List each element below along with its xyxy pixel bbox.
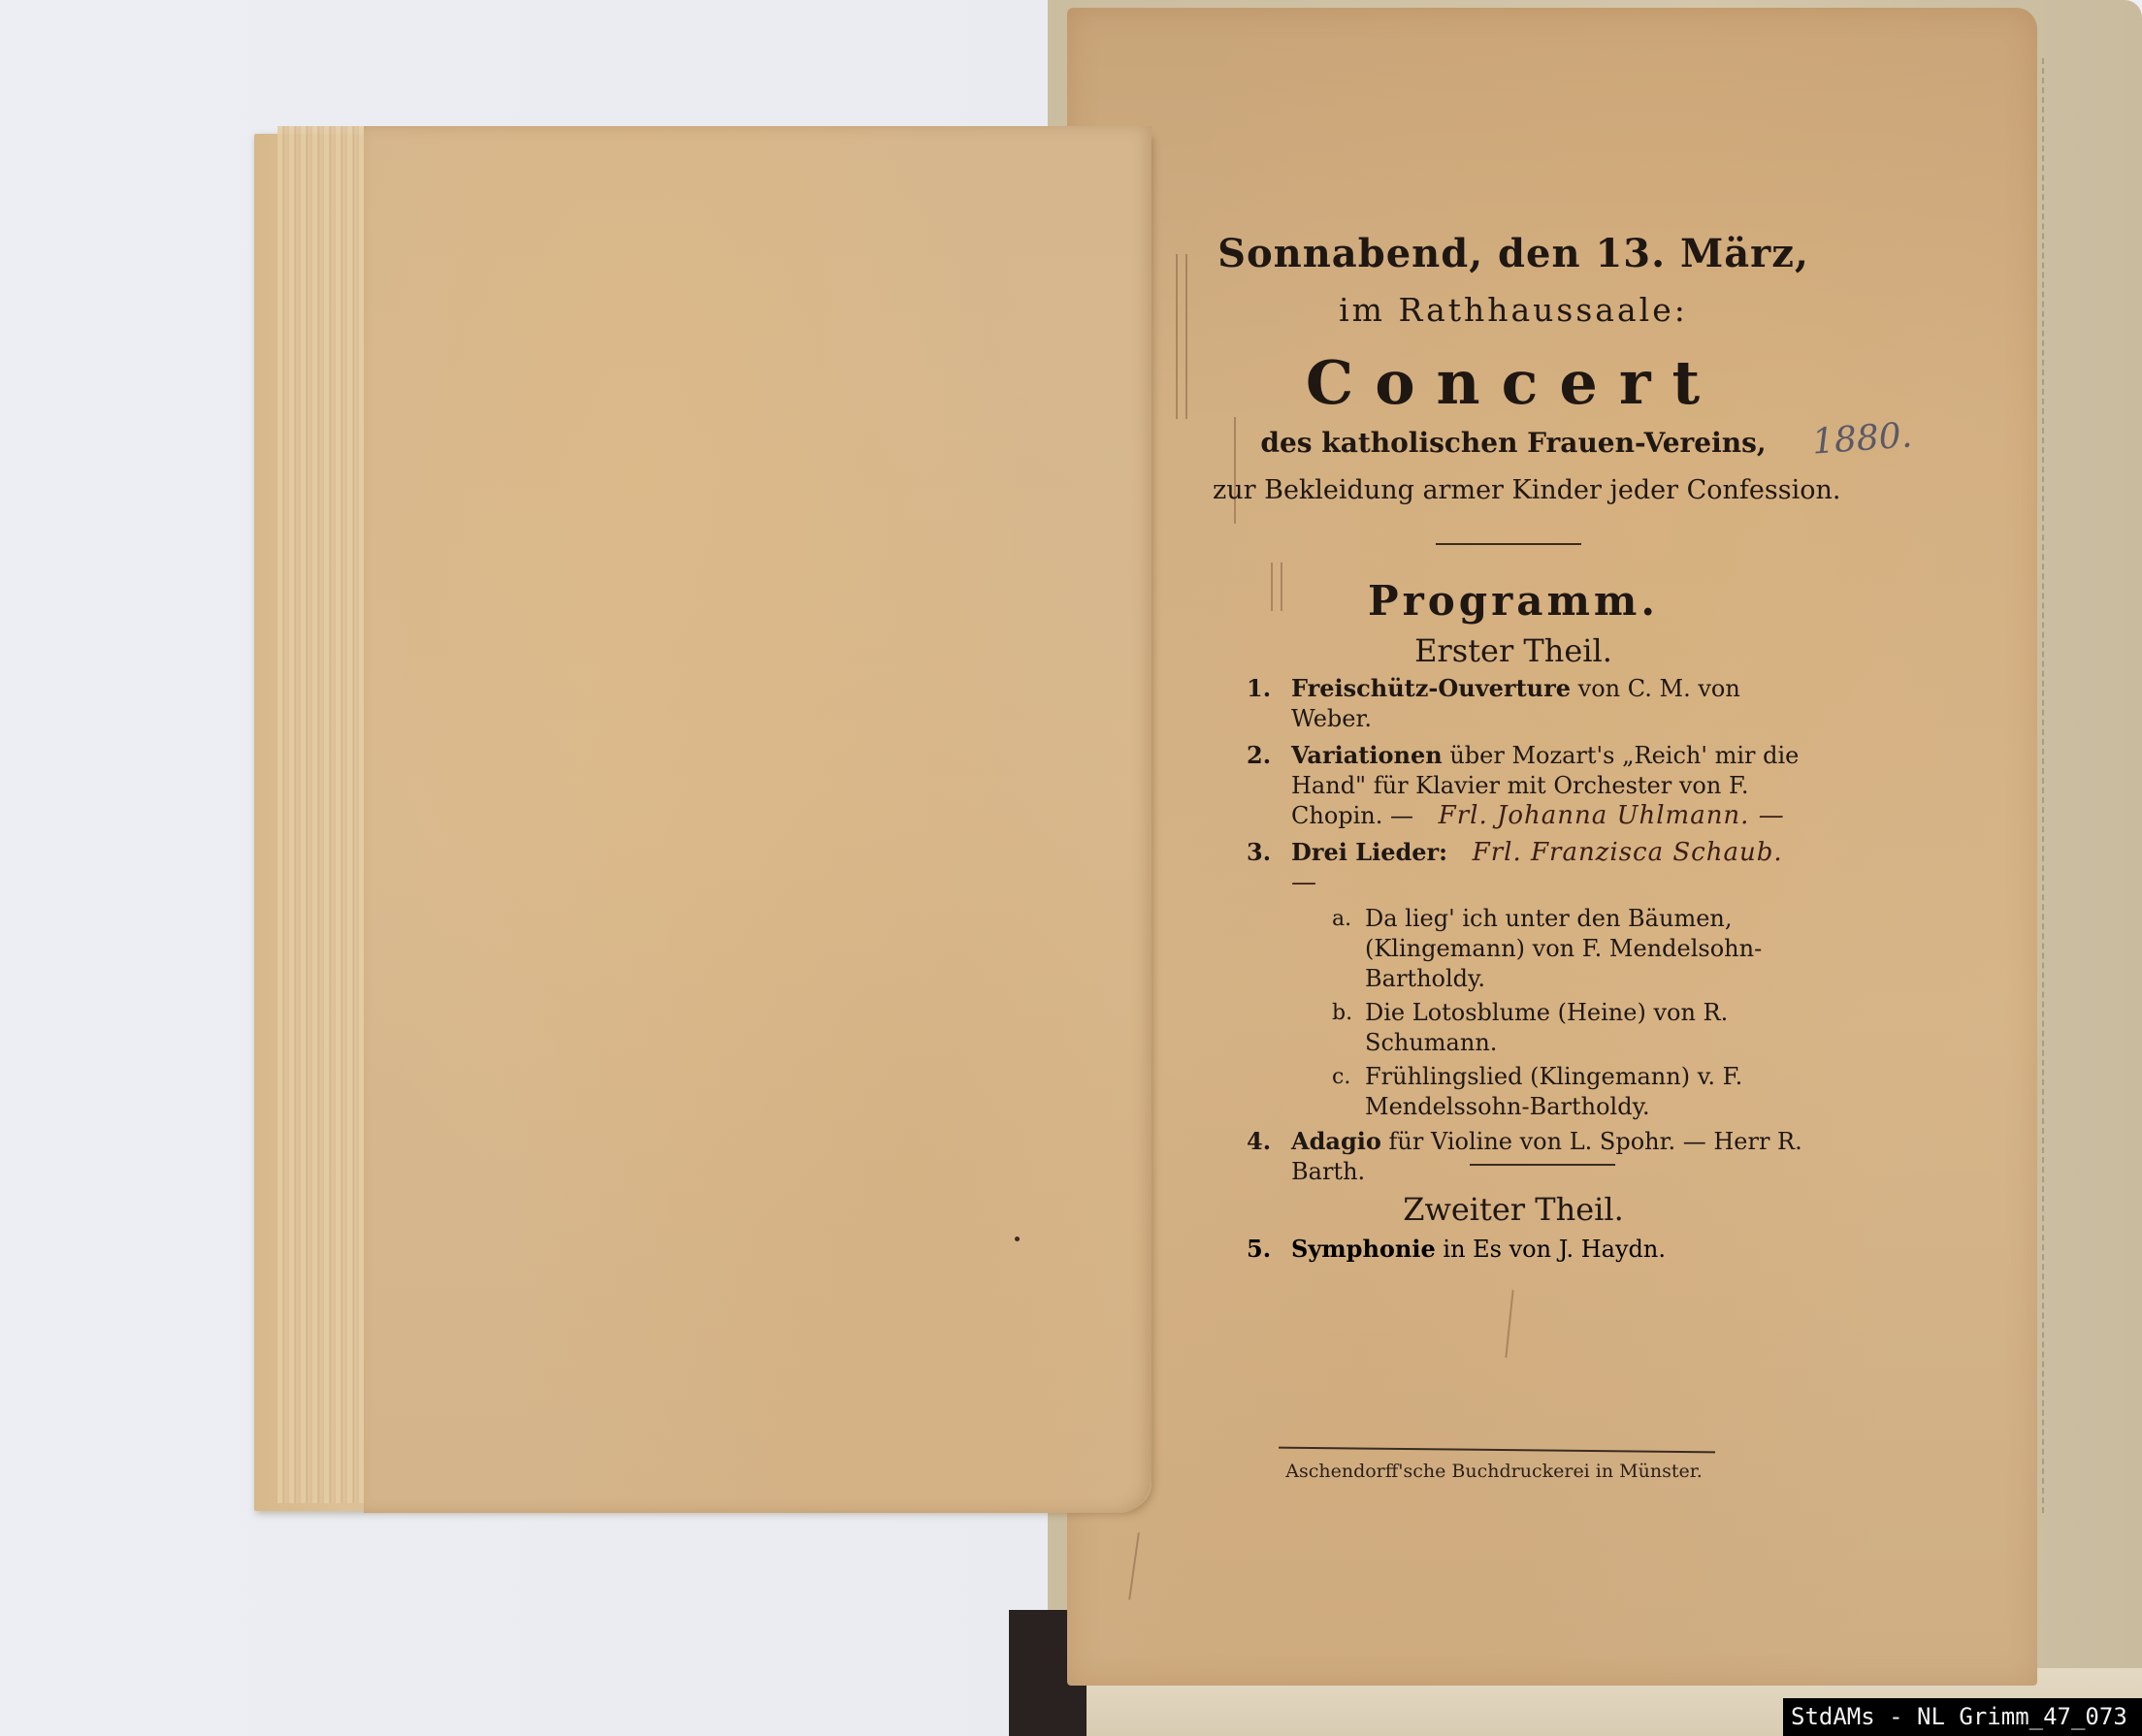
part-two-title: Zweiter Theil. bbox=[1203, 1191, 1824, 1228]
song-text: Frühlingslied (Klingemann) v. F. Mendels… bbox=[1365, 1063, 1742, 1120]
song-item: a. Da lieg' ich unter den Bäumen, (Kling… bbox=[1247, 904, 1809, 994]
item-number: 2. bbox=[1247, 740, 1271, 770]
item-number: 4. bbox=[1247, 1126, 1271, 1156]
programme-item: 1. Freischütz-Ouverture von C. M. von We… bbox=[1247, 673, 1809, 734]
work-title: Freischütz-Ouverture bbox=[1291, 674, 1571, 702]
programme-item: 3. Drei Lieder: Frl. Franzisca Schaub. — bbox=[1247, 837, 1809, 898]
fold-crease bbox=[1234, 417, 1236, 524]
programme-item: 4. Adagio für Violine von L. Spohr. — He… bbox=[1247, 1126, 1809, 1187]
concert-date: Sonnabend, den 13. März, bbox=[1203, 231, 1824, 276]
work-title: Drei Lieder: bbox=[1291, 838, 1447, 866]
divider bbox=[1436, 543, 1581, 545]
song-letter: c. bbox=[1332, 1062, 1350, 1092]
item-number: 3. bbox=[1247, 837, 1271, 867]
work-title: Variationen bbox=[1291, 741, 1443, 769]
programme-item: 2. Variationen über Mozart's „Reich' mir… bbox=[1247, 740, 1809, 831]
archive-reference-label: StdAMs - NL Grimm_47_073 bbox=[1783, 1698, 2142, 1736]
cover-torn-edge bbox=[2042, 58, 2050, 1513]
programme-list: 1. Freischütz-Ouverture von C. M. von We… bbox=[1247, 673, 1809, 1193]
blank-left-page bbox=[364, 126, 1152, 1513]
concert-title: Concert bbox=[1203, 347, 1824, 418]
song-item: b. Die Lotosblume (Heine) von R. Schuman… bbox=[1247, 998, 1809, 1058]
programme-title: Programm. bbox=[1203, 577, 1824, 625]
item-number: 5. bbox=[1247, 1235, 1271, 1263]
programme-item: 5. Symphonie in Es von J. Haydn. bbox=[1247, 1235, 1854, 1263]
printer-imprint: Aschendorff'sche Buchdruckerei in Münste… bbox=[1261, 1461, 1727, 1482]
song-item: c. Frühlingslied (Klingemann) v. F. Mend… bbox=[1247, 1062, 1809, 1122]
work-title: Adagio bbox=[1291, 1127, 1381, 1155]
work-title: Symphonie bbox=[1291, 1235, 1436, 1263]
work-details: in Es von J. Haydn. bbox=[1443, 1236, 1666, 1263]
song-text: Da lieg' ich unter den Bäumen, (Klingema… bbox=[1365, 905, 1762, 992]
song-letter: b. bbox=[1332, 998, 1352, 1028]
fold-crease bbox=[1185, 254, 1187, 419]
item-number: 1. bbox=[1247, 673, 1271, 703]
page-edges bbox=[277, 126, 374, 1503]
song-text: Die Lotosblume (Heine) von R. Schumann. bbox=[1365, 999, 1728, 1056]
divider bbox=[1470, 1164, 1615, 1166]
song-letter: a. bbox=[1332, 904, 1351, 934]
handwritten-performer: Frl. Johanna Uhlmann. — bbox=[1439, 801, 1785, 830]
paper-speck bbox=[1015, 1237, 1020, 1241]
pencil-year-annotation: 1880. bbox=[1811, 415, 1914, 462]
fold-crease bbox=[1176, 254, 1178, 419]
purpose-line: zur Bekleidung armer Kinder jeder Confes… bbox=[1213, 475, 1814, 505]
organizer-line: des katholischen Frauen-Vereins, bbox=[1242, 427, 1785, 459]
part-one-title: Erster Theil. bbox=[1203, 632, 1824, 669]
concert-venue: im Rathhaussaale: bbox=[1203, 291, 1824, 329]
